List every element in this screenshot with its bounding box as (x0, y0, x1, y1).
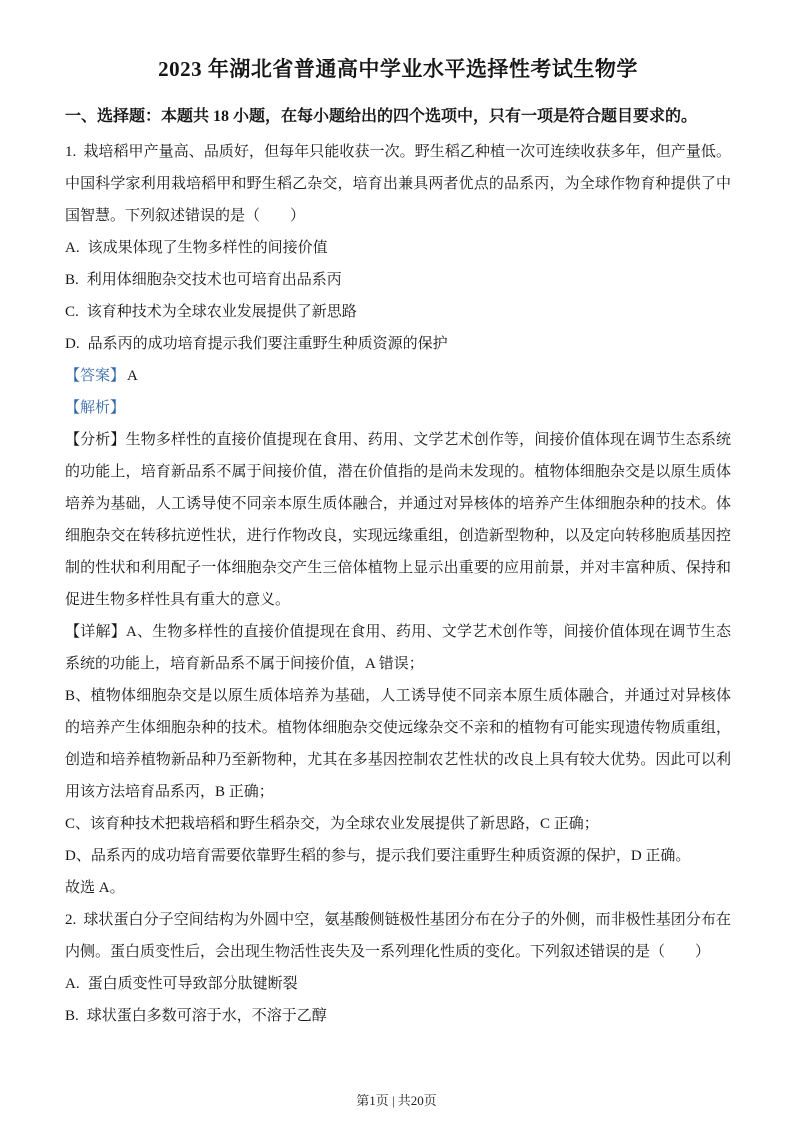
detail-label: 【详解】 (65, 624, 126, 640)
option-a-text: 蛋白质变性可导致部分肽键断裂 (88, 976, 298, 992)
question-1-number: 1. (65, 144, 76, 160)
option-b-label: B. (65, 1008, 79, 1024)
page-footer: 第1页 | 共20页 (0, 1092, 793, 1110)
question-2-number: 2. (65, 912, 76, 928)
document-page: 2023 年湖北省普通高中学业水平选择性考试生物学 一、选择题：本题共 18 小… (0, 0, 793, 1122)
question-1-answer-line: 【答案】A (65, 360, 731, 392)
option-a-label: A. (65, 976, 80, 992)
option-d-text: 品系丙的成功培育提示我们要注重野生种质资源的保护 (88, 336, 448, 352)
option-b-text: 利用体细胞杂交技术也可培育出品系丙 (87, 272, 342, 288)
question-2-option-a: A.蛋白质变性可导致部分肽键断裂 (65, 968, 731, 1000)
question-1-option-a: A.该成果体现了生物多样性的间接价值 (65, 232, 731, 264)
analysis-label: 【分析】 (65, 432, 126, 448)
question-1: 1.栽培稻甲产量高、品质好，但每年只能收获一次。野生稻乙种植一次可连续收获多年，… (65, 136, 731, 904)
option-a-label: A. (65, 240, 80, 256)
question-2-stem: 2.球状蛋白分子空间结构为外圆中空，氨基酸侧链极性基团分布在分子的外侧，而非极性… (65, 904, 731, 968)
explanation-label: 【解析】 (65, 400, 125, 416)
question-2-stem-text: 球状蛋白分子空间结构为外圆中空，氨基酸侧链极性基团分布在分子的外侧，而非极性基团… (65, 912, 731, 960)
question-1-detail-a: 【详解】A、生物多样性的直接价值提现在食用、药用、文学艺术创作等，间接价值体现在… (65, 616, 731, 680)
section-header: 一、选择题：本题共 18 小题，在每小题给出的四个选项中，只有一项是符合题目要求… (65, 102, 731, 132)
detail-text-a: A、生物多样性的直接价值提现在食用、药用、文学艺术创作等，间接价值体现在调节生态… (65, 624, 731, 672)
option-c-label: C. (65, 304, 79, 320)
question-1-analysis: 【分析】生物多样性的直接价值提现在食用、药用、文学艺术创作等，间接价值体现在调节… (65, 424, 731, 616)
question-1-explanation-line: 【解析】 (65, 392, 731, 424)
question-1-option-d: D.品系丙的成功培育提示我们要注重野生种质资源的保护 (65, 328, 731, 360)
question-1-stem: 1.栽培稻甲产量高、品质好，但每年只能收获一次。野生稻乙种植一次可连续收获多年，… (65, 136, 731, 232)
question-1-detail-b: B、植物体细胞杂交是以原生质体培养为基础，人工诱导使不同亲本原生质体融合，并通过… (65, 680, 731, 808)
option-d-label: D. (65, 336, 80, 352)
option-c-text: 该育种技术为全球农业发展提供了新思路 (87, 304, 357, 320)
question-1-detail-d: D、品系丙的成功培育需要依靠野生稻的参与，提示我们要注重野生种质资源的保护，D … (65, 840, 731, 872)
option-b-label: B. (65, 272, 79, 288)
option-a-text: 该成果体现了生物多样性的间接价值 (88, 240, 328, 256)
question-1-conclusion: 故选 A。 (65, 872, 731, 904)
question-1-option-c: C.该育种技术为全球农业发展提供了新思路 (65, 296, 731, 328)
question-2-option-b: B.球状蛋白多数可溶于水，不溶于乙醇 (65, 1000, 731, 1032)
answer-label: 【答案】 (65, 368, 125, 384)
question-1-detail-c: C、该育种技术把栽培稻和野生稻杂交，为全球农业发展提供了新思路，C 正确； (65, 808, 731, 840)
answer-value: A (127, 368, 138, 384)
page-title: 2023 年湖北省普通高中学业水平选择性考试生物学 (65, 52, 731, 86)
analysis-text: 生物多样性的直接价值提现在食用、药用、文学艺术创作等，间接价值体现在调节生态系统… (65, 432, 731, 608)
question-2: 2.球状蛋白分子空间结构为外圆中空，氨基酸侧链极性基团分布在分子的外侧，而非极性… (65, 904, 731, 1032)
question-1-option-b: B.利用体细胞杂交技术也可培育出品系丙 (65, 264, 731, 296)
option-b-text: 球状蛋白多数可溶于水，不溶于乙醇 (87, 1008, 327, 1024)
question-1-stem-text: 栽培稻甲产量高、品质好，但每年只能收获一次。野生稻乙种植一次可连续收获多年，但产… (65, 144, 731, 224)
